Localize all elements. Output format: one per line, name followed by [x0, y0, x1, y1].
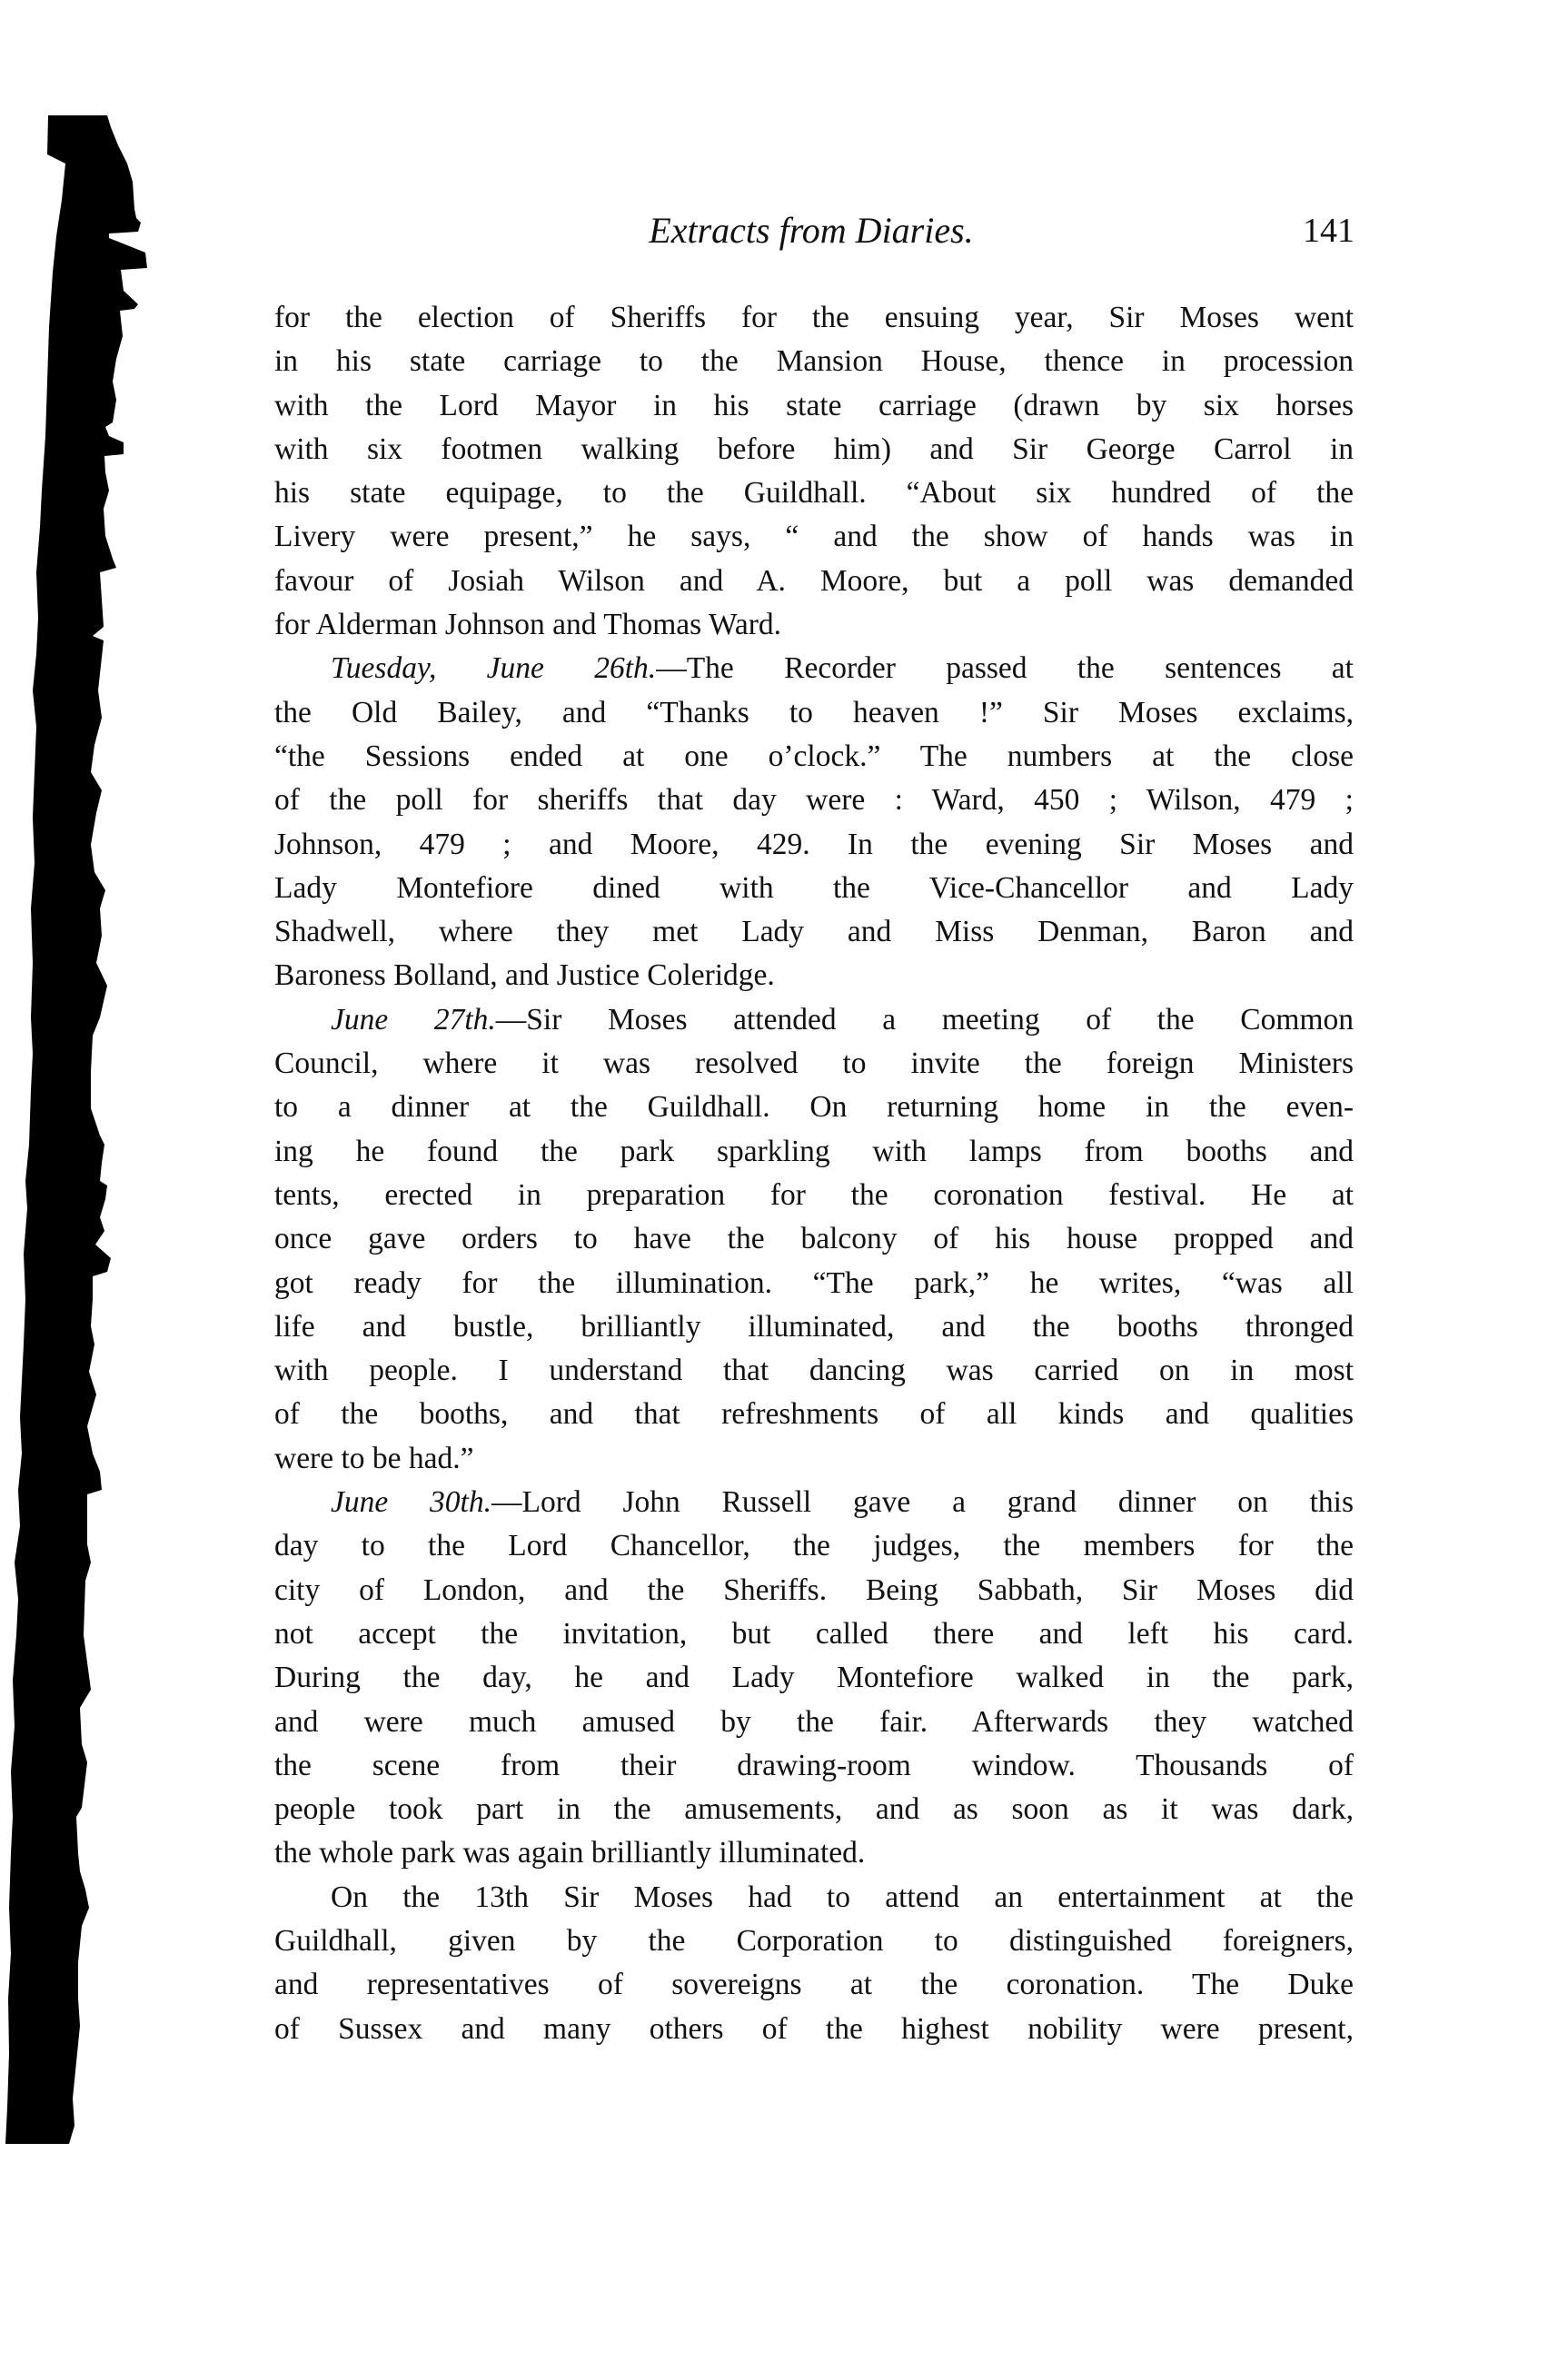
entry-text: —Sir Moses attended a meeting of the Com… [496, 1003, 1354, 1037]
entry-date: June 27th. [331, 1003, 496, 1037]
text-line: of the poll for sheriffs that day were :… [274, 779, 1354, 822]
text-line: with six footmen walking before him) and… [274, 428, 1354, 471]
text-line: got ready for the illumination. “The par… [274, 1262, 1354, 1305]
text-line: Council, where it was resolved to invite… [274, 1042, 1354, 1086]
text-line: day to the Lord Chancellor, the judges, … [274, 1524, 1354, 1568]
text-line: Livery were present,” he says, “ and the… [274, 515, 1354, 559]
text-line: of the booths, and that refreshments of … [274, 1393, 1354, 1436]
text-line: Guildhall, given by the Corporation to d… [274, 1920, 1354, 1963]
text-line: life and bustle, brilliantly illuminated… [274, 1305, 1354, 1349]
text-line: tents, erected in preparation for the co… [274, 1174, 1354, 1217]
entry-text: —The Recorder passed the sentences at [656, 651, 1354, 685]
text-line: his state equipage, to the Guildhall. “A… [274, 471, 1354, 515]
text-line: were to be had.” [274, 1437, 1354, 1481]
diary-entry-line: June 27th.—Sir Moses attended a meeting … [274, 998, 1354, 1042]
text-line: Lady Montefiore dined with the Vice-Chan… [274, 867, 1354, 910]
text-line: for Alderman Johnson and Thomas Ward. [274, 603, 1354, 647]
entry-date: June 30th. [331, 1485, 491, 1519]
text-line: “the Sessions ended at one o’clock.” The… [274, 735, 1354, 779]
entry-date: Tuesday, June 26th. [331, 651, 656, 685]
text-line: once gave orders to have the balcony of … [274, 1217, 1354, 1261]
diary-entry-line: Tuesday, June 26th.—The Recorder passed … [274, 647, 1354, 690]
text-line: ing he found the park sparkling with lam… [274, 1130, 1354, 1174]
entry-text: —Lord John Russell gave a grand dinner o… [491, 1485, 1354, 1519]
text-line: the Old Bailey, and “Thanks to heaven !”… [274, 691, 1354, 735]
text-line: the scene from their drawing-room window… [274, 1744, 1354, 1788]
text-line: for the election of Sheriffs for the ens… [274, 296, 1354, 340]
running-head: Extracts from Diaries. [592, 209, 1030, 253]
text-line: of Sussex and many others of the highest… [274, 2008, 1354, 2051]
text-line: During the day, he and Lady Montefiore w… [274, 1656, 1354, 1700]
text-line: and were much amused by the fair. Afterw… [274, 1701, 1354, 1744]
page-number: 141 [1303, 209, 1366, 253]
text-line: with the Lord Mayor in his state carriag… [274, 384, 1354, 428]
text-line: favour of Josiah Wilson and A. Moore, bu… [274, 560, 1354, 603]
text-line: city of London, and the Sheriffs. Being … [274, 1569, 1354, 1612]
text-line: to a dinner at the Guildhall. On returni… [274, 1086, 1354, 1129]
text-line: in his state carriage to the Mansion Hou… [274, 340, 1354, 383]
paragraph-start-line: On the 13th Sir Moses had to attend an e… [274, 1876, 1354, 1920]
text-line: with people. I understand that dancing w… [274, 1349, 1354, 1393]
body-text: for the election of Sheriffs for the ens… [274, 296, 1354, 2051]
scan-shadow-edge [0, 0, 182, 2371]
text-line: not accept the invitation, but called th… [274, 1612, 1354, 1656]
text-line: Baroness Bolland, and Justice Coleridge. [274, 954, 1354, 997]
text-line: people took part in the amusements, and … [274, 1788, 1354, 1831]
diary-entry-line: June 30th.—Lord John Russell gave a gran… [274, 1481, 1354, 1524]
text-line: and representatives of sovereigns at the… [274, 1963, 1354, 2007]
text-line: Shadwell, where they met Lady and Miss D… [274, 910, 1354, 954]
text-line: Johnson, 479 ; and Moore, 429. In the ev… [274, 823, 1354, 867]
book-page: Extracts from Diaries. 141 for the elect… [0, 0, 1568, 2371]
text-line: the whole park was again brilliantly ill… [274, 1831, 1354, 1875]
